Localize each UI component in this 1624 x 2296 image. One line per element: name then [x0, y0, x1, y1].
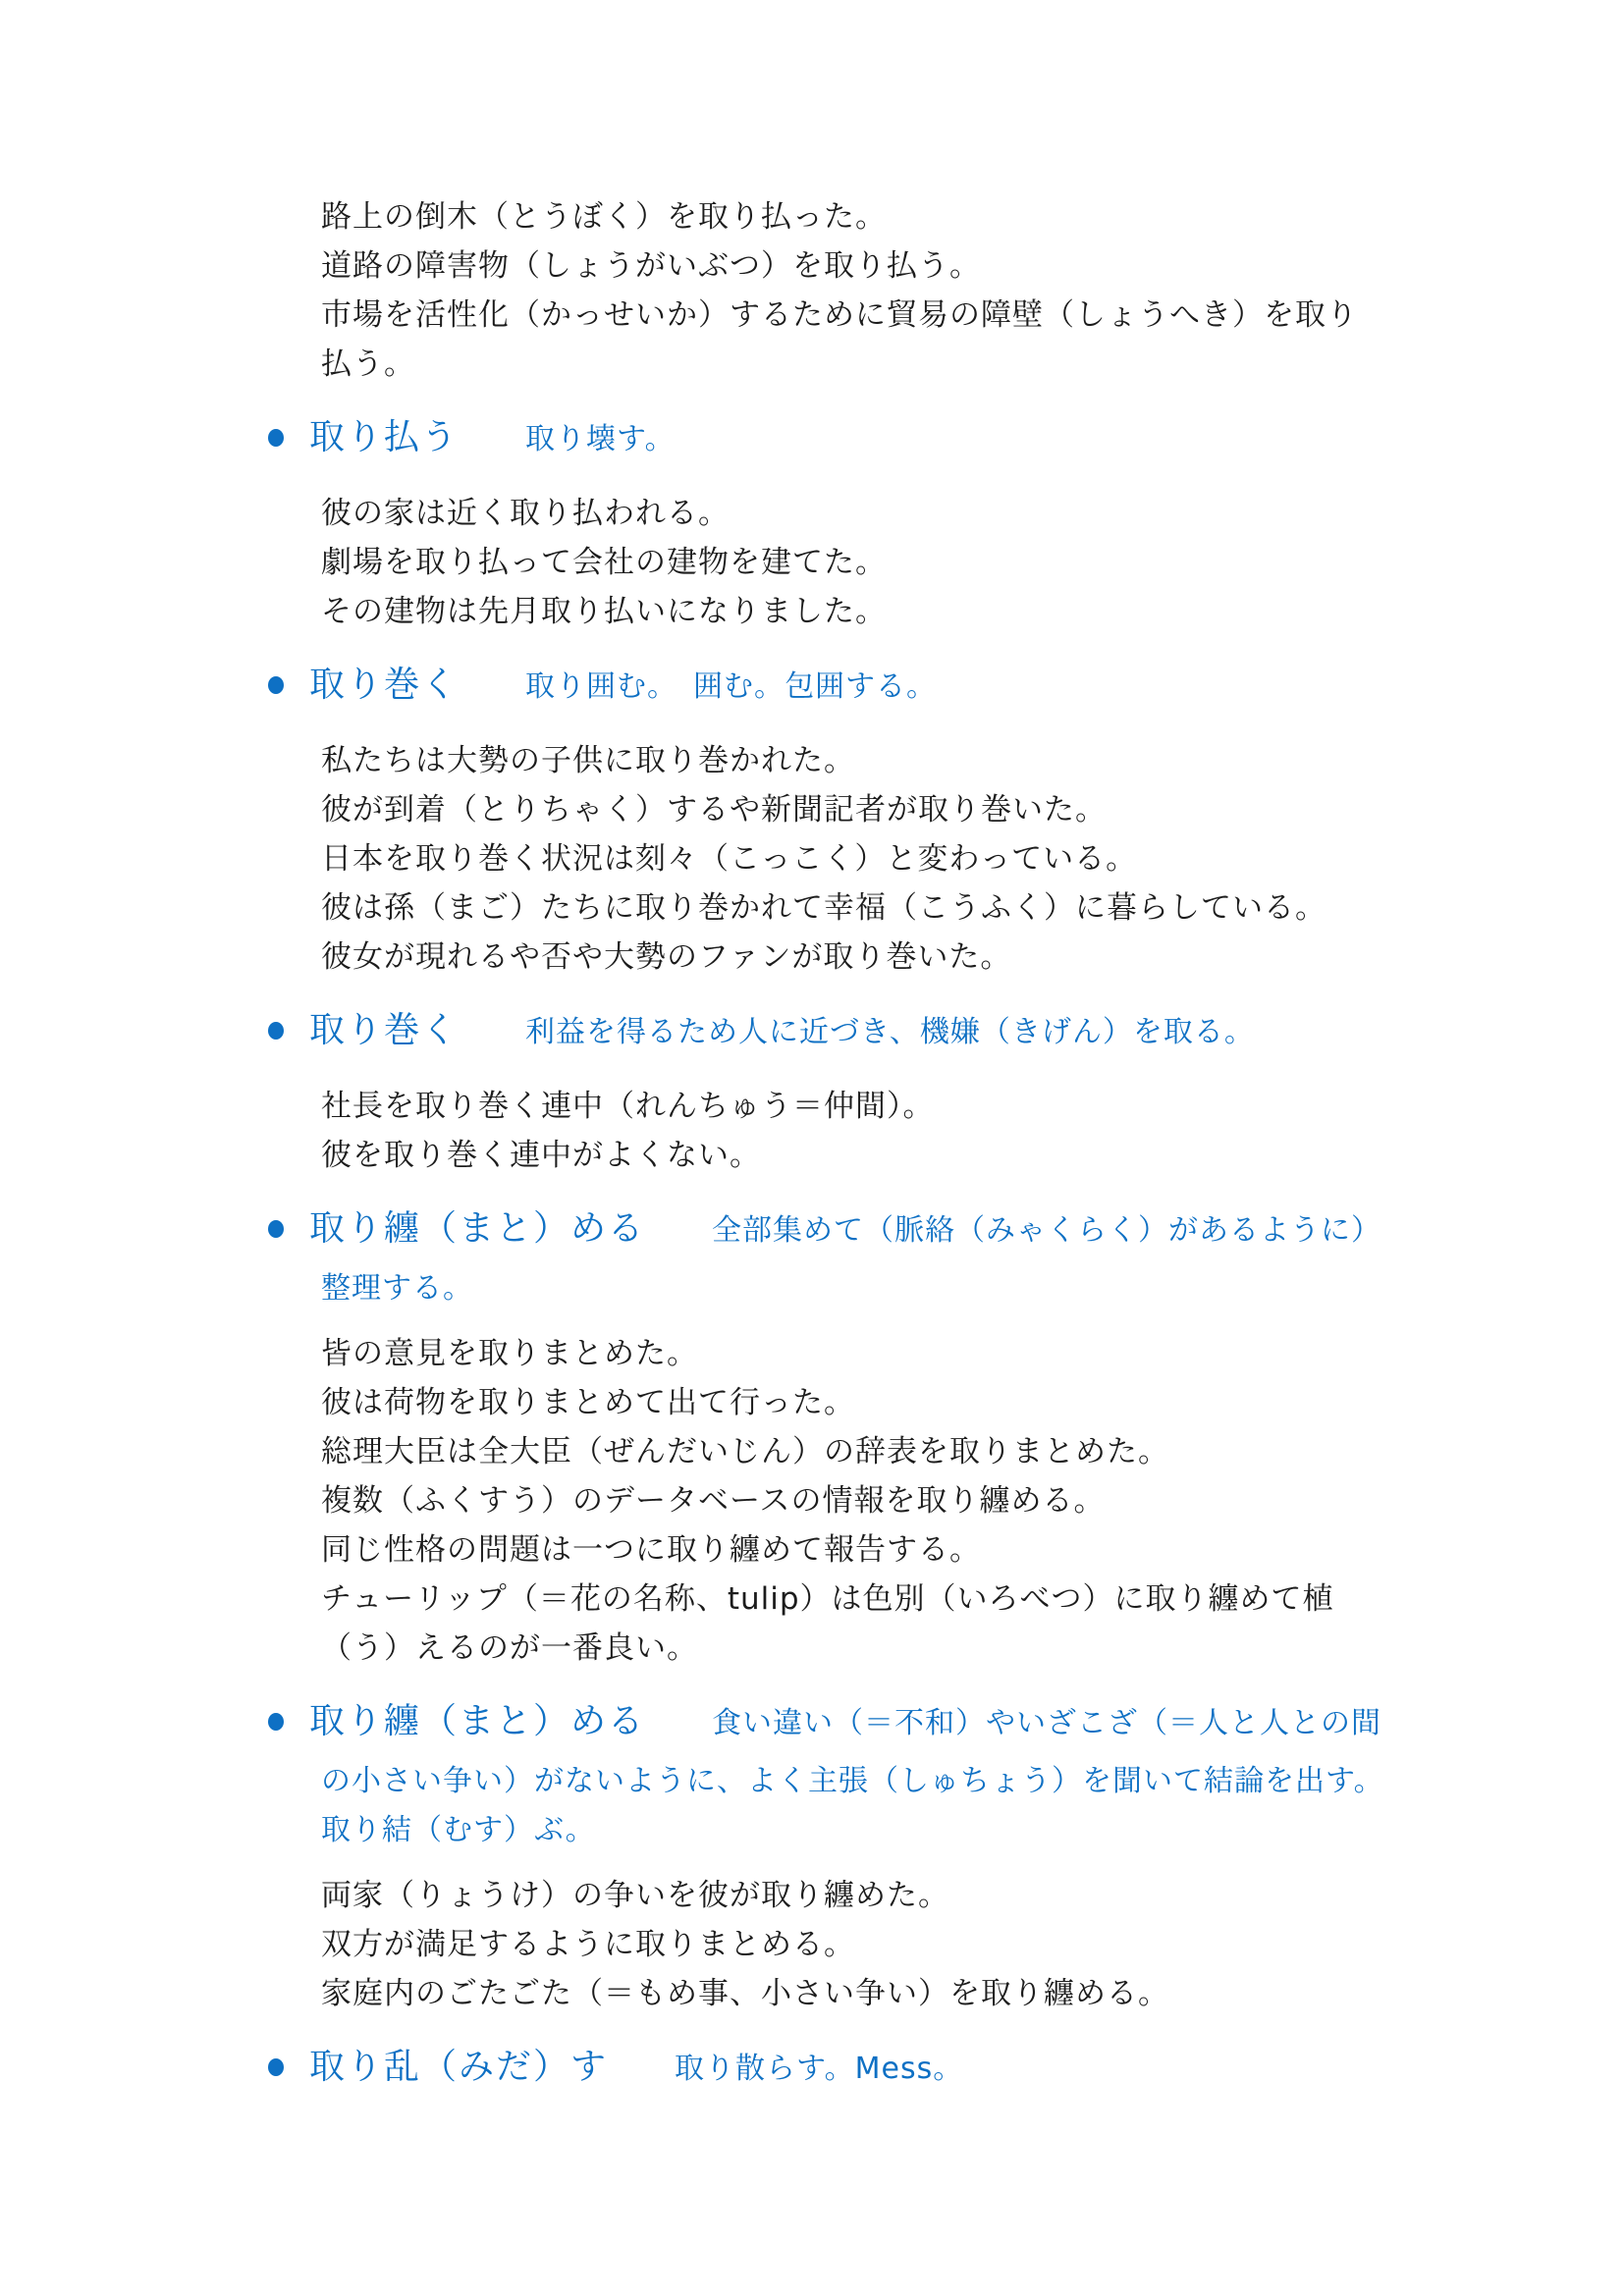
bullet-icon [268, 1713, 284, 1731]
document-page: 路上の倒木（とうぼく）を取り払った。 道路の障害物（しょうがいぶつ）を取り払う。… [0, 0, 1624, 2296]
dictionary-entry: 取り払う取り壊す。 [321, 402, 1388, 473]
example-sentence: 皆の意見を取りまとめた。 [321, 1329, 1388, 1378]
example-sentence: 同じ性格の問題は一つに取り纏めて報告する。 [321, 1525, 1388, 1575]
example-sentence: その建物は先月取り払いになりました。 [321, 587, 1388, 636]
entry-term: 取り乱（みだ）す [309, 2047, 608, 2087]
example-sentence: 市場を活性化（かっせいか）するために貿易の障壁（しょうへき）を取り払う。 [321, 291, 1388, 389]
example-sentence: 彼が到着（とりちゃく）するや新聞記者が取り巻いた。 [321, 785, 1388, 834]
entry-term: 取り巻く [309, 665, 459, 705]
example-group: 皆の意見を取りまとめた。 彼は荷物を取りまとめて出て行った。 総理大臣は全大臣（… [321, 1329, 1388, 1673]
dictionary-entry: 取り乱（みだ）す取り散らす。Mess。 [321, 2032, 1388, 2103]
entry-term: 取り纏（まと）める [309, 1701, 645, 1741]
example-group: 路上の倒木（とうぼく）を取り払った。 道路の障害物（しょうがいぶつ）を取り払う。… [321, 192, 1388, 389]
dictionary-entry: 取り巻く利益を得るため人に近づき、機嫌（きげん）を取る。 [321, 995, 1388, 1066]
entry-heading-line: 取り巻く取り囲む。 囲む。包囲する。 [321, 650, 1388, 721]
example-sentence: 総理大臣は全大臣（ぜんだいじん）の辞表を取りまとめた。 [321, 1427, 1388, 1476]
bullet-icon [268, 429, 284, 447]
dictionary-entry: 取り纏（まと）める食い違い（＝不和）やいざこざ（＝人と人との間の小さい争い）がな… [321, 1686, 1388, 1855]
entry-definition: 取り囲む。 囲む。包囲する。 [525, 669, 937, 704]
example-sentence: 家庭内のごたごた（＝もめ事、小さい争い）を取り纏める。 [321, 1969, 1388, 2018]
example-group: 両家（りょうけ）の争いを彼が取り纏めた。 双方が満足するように取りまとめる。 家… [321, 1871, 1388, 2018]
entry-heading-line: 取り乱（みだ）す取り散らす。Mess。 [321, 2032, 1388, 2103]
entry-definition: 取り散らす。Mess。 [675, 2052, 963, 2086]
example-sentence: 彼は孫（まご）たちに取り巻かれて幸福（こうふく）に暮らしている。 [321, 883, 1388, 933]
example-sentence: 道路の障害物（しょうがいぶつ）を取り払う。 [321, 241, 1388, 291]
example-sentence: 日本を取り巻く状況は刻々（こっこく）と変わっている。 [321, 834, 1388, 883]
example-sentence: 彼の家は近く取り払われる。 [321, 489, 1388, 538]
entry-definition: 利益を得るため人に近づき、機嫌（きげん）を取る。 [525, 1015, 1255, 1049]
entry-term: 取り纏（まと）める [309, 1208, 645, 1249]
example-sentence: 私たちは大勢の子供に取り巻かれた。 [321, 736, 1388, 785]
example-group: 彼の家は近く取り払われる。 劇場を取り払って会社の建物を建てた。 その建物は先月… [321, 489, 1388, 636]
example-sentence: 彼女が現れるや否や大勢のファンが取り巻いた。 [321, 933, 1388, 982]
example-sentence: 劇場を取り払って会社の建物を建てた。 [321, 538, 1388, 587]
dictionary-entry: 取り纏（まと）める全部集めて（脈絡（みゃくらく）があるように）整理する。 [321, 1194, 1388, 1313]
example-sentence: チューリップ（＝花の名称、tulip）は色別（いろべつ）に取り纏めて植（う）える… [321, 1575, 1388, 1673]
bullet-icon [268, 1022, 284, 1040]
dictionary-entry: 取り巻く取り囲む。 囲む。包囲する。 [321, 650, 1388, 721]
bullet-icon [268, 1220, 284, 1238]
entry-heading-line: 取り払う取り壊す。 [321, 402, 1388, 473]
entry-term: 取り払う [309, 417, 459, 457]
bullet-icon [268, 2058, 284, 2076]
example-sentence: 社長を取り巻く連中（れんちゅう＝仲間）。 [321, 1082, 1388, 1131]
bullet-icon [268, 676, 284, 694]
example-sentence: 彼は荷物を取りまとめて出て行った。 [321, 1378, 1388, 1427]
example-sentence: 彼を取り巻く連中がよくない。 [321, 1131, 1388, 1180]
entry-term: 取り巻く [309, 1010, 459, 1050]
entry-heading-line: 取り纏（まと）める食い違い（＝不和）やいざこざ（＝人と人との間の小さい争い）がな… [321, 1686, 1388, 1855]
example-sentence: 複数（ふくすう）のデータベースの情報を取り纏める。 [321, 1476, 1388, 1525]
entry-definition: 取り壊す。 [525, 422, 676, 456]
example-group: 社長を取り巻く連中（れんちゅう＝仲間）。 彼を取り巻く連中がよくない。 [321, 1082, 1388, 1180]
example-group: 私たちは大勢の子供に取り巻かれた。 彼が到着（とりちゃく）するや新聞記者が取り巻… [321, 736, 1388, 982]
entry-heading-line: 取り巻く利益を得るため人に近づき、機嫌（きげん）を取る。 [321, 995, 1388, 1066]
example-sentence: 両家（りょうけ）の争いを彼が取り纏めた。 [321, 1871, 1388, 1920]
example-sentence: 双方が満足するように取りまとめる。 [321, 1920, 1388, 1969]
example-sentence: 路上の倒木（とうぼく）を取り払った。 [321, 192, 1388, 241]
entry-heading-line: 取り纏（まと）める全部集めて（脈絡（みゃくらく）があるように）整理する。 [321, 1194, 1388, 1313]
